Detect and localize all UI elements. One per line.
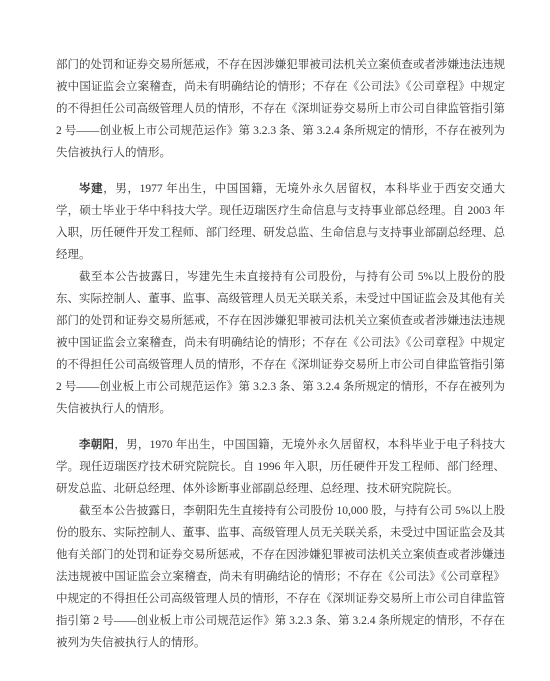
- person-name-cen-jian: 岑建: [79, 183, 103, 195]
- paragraph-sanctions-continuation: 部门的处罚和证券交易所惩戒，不存在因涉嫌犯罪被司法机关立案侦查或者涉嫌违法违规被…: [56, 54, 505, 164]
- paragraph-cen-jian-bio: 岑建，男，1977 年出生，中国国籍，无境外永久居留权，本科毕业于西安交通大学，…: [56, 178, 505, 266]
- document-page: 部门的处罚和证券交易所惩戒，不存在因涉嫌犯罪被司法机关立案侦查或者涉嫌违法违规被…: [0, 0, 550, 681]
- paragraph-li-chaoyang-holdings-disclosure: 截至本公告披露日，李朝阳先生直接持有公司股份 10,000 股，与持有公司 5%…: [56, 500, 505, 654]
- paragraph-li-chaoyang-bio: 李朝阳，男，1970 年出生，中国国籍，无境外永久居留权，本科毕业于电子科技大学…: [56, 434, 505, 500]
- paragraph-cen-jian-holdings-disclosure: 截至本公告披露日，岑建先生未直接持有公司股份，与持有公司 5%以上股份的股东、实…: [56, 266, 505, 420]
- paragraph-text: 部门的处罚和证券交易所惩戒，不存在因涉嫌犯罪被司法机关立案侦查或者涉嫌违法违规被…: [56, 59, 505, 159]
- person-name-li-chaoyang: 李朝阳: [79, 439, 114, 451]
- paragraph-text: ，男，1970 年出生，中国国籍，无境外永久居留权，本科毕业于电子科技大学。现任…: [56, 439, 505, 495]
- paragraph-text: 截至本公告披露日，李朝阳先生直接持有公司股份 10,000 股，与持有公司 5%…: [56, 505, 505, 649]
- paragraph-text: ，男，1977 年出生，中国国籍，无境外永久居留权，本科毕业于西安交通大学，硕士…: [56, 183, 505, 261]
- paragraph-text: 截至本公告披露日，岑建先生未直接持有公司股份，与持有公司 5%以上股份的股东、实…: [56, 271, 505, 415]
